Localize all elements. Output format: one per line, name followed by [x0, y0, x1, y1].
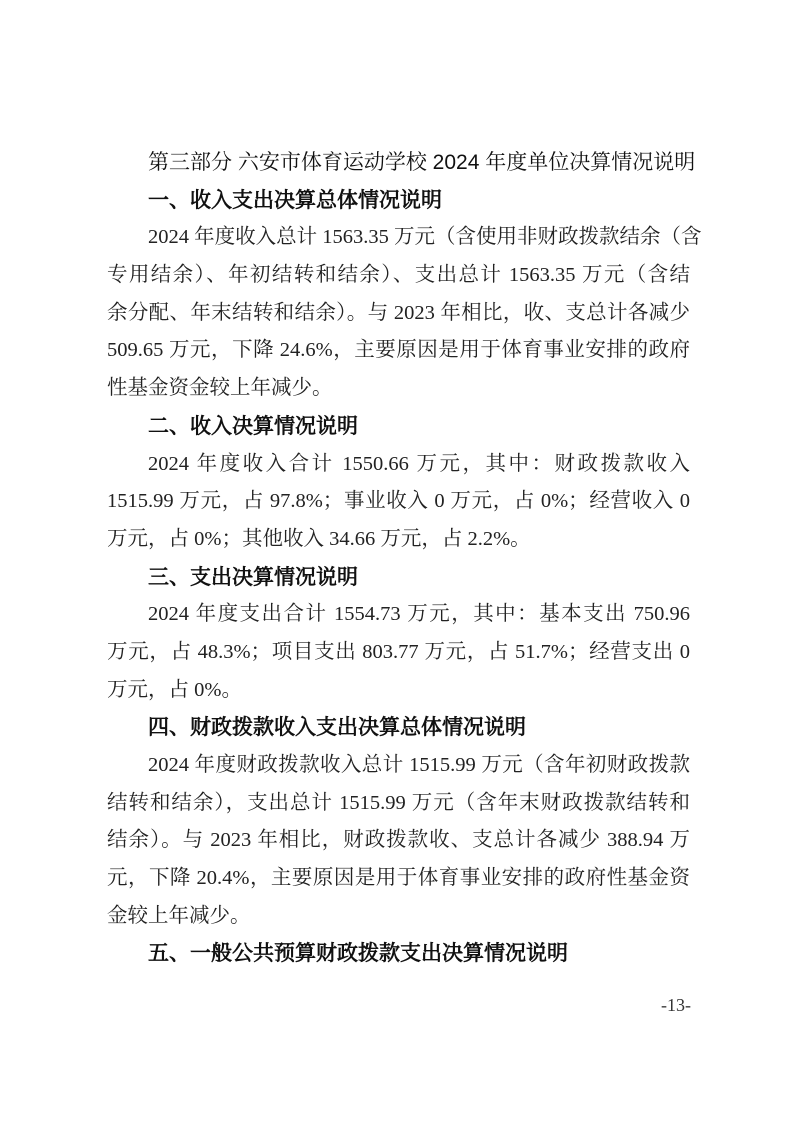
body-line: 2024 年度支出合计 1554.73 万元，其中：基本支出 750.96	[107, 596, 690, 634]
document-content: 第三部分 六安市体育运动学校 2024 年度单位决算情况说明 一、收入支出决算总…	[107, 144, 690, 973]
body-line: 结转和结余），支出总计 1515.99 万元（含年末财政拨款结转和	[107, 785, 690, 823]
body-line: 万元，占 0%；其他收入 34.66 万元，占 2.2%。	[107, 521, 690, 559]
body-line: 1515.99 万元，占 97.8%；事业收入 0 万元，占 0%；经营收入 0	[107, 483, 690, 521]
body-line: 万元，占 0%。	[107, 672, 690, 710]
section-heading-3: 三、支出决算情况说明	[107, 559, 690, 597]
body-line: 专用结余）、年初结转和结余）、支出总计 1563.35 万元（含结	[107, 257, 690, 295]
section-heading-4: 四、财政拨款收入支出决算总体情况说明	[107, 709, 690, 747]
body-line: 2024 年度财政拨款收入总计 1515.99 万元（含年初财政拨款	[107, 747, 690, 785]
section-heading-5: 五、一般公共预算财政拨款支出决算情况说明	[107, 935, 690, 973]
page-title: 第三部分 六安市体育运动学校 2024 年度单位决算情况说明	[107, 144, 690, 182]
body-line: 元，下降 20.4%，主要原因是用于体育事业安排的政府性基金资	[107, 860, 690, 898]
document-page: 第三部分 六安市体育运动学校 2024 年度单位决算情况说明 一、收入支出决算总…	[0, 0, 793, 1122]
page-number: -13-	[661, 993, 691, 1017]
body-line: 509.65 万元，下降 24.6%，主要原因是用于体育事业安排的政府	[107, 332, 690, 370]
body-line: 2024 年度收入总计 1563.35 万元（含使用非财政拨款结余（含	[107, 219, 690, 257]
body-line: 万元，占 48.3%；项目支出 803.77 万元，占 51.7%；经营支出 0	[107, 634, 690, 672]
section-heading-2: 二、收入决算情况说明	[107, 408, 690, 446]
body-line: 性基金资金较上年减少。	[107, 370, 690, 408]
body-line: 余分配、年末结转和结余）。与 2023 年相比，收、支总计各减少	[107, 295, 690, 333]
body-line: 2024 年度收入合计 1550.66 万元，其中：财政拨款收入	[107, 446, 690, 484]
body-line: 结余）。与 2023 年相比，财政拨款收、支总计各减少 388.94 万	[107, 822, 690, 860]
section-heading-1: 一、收入支出决算总体情况说明	[107, 182, 690, 220]
body-line: 金较上年减少。	[107, 898, 690, 936]
